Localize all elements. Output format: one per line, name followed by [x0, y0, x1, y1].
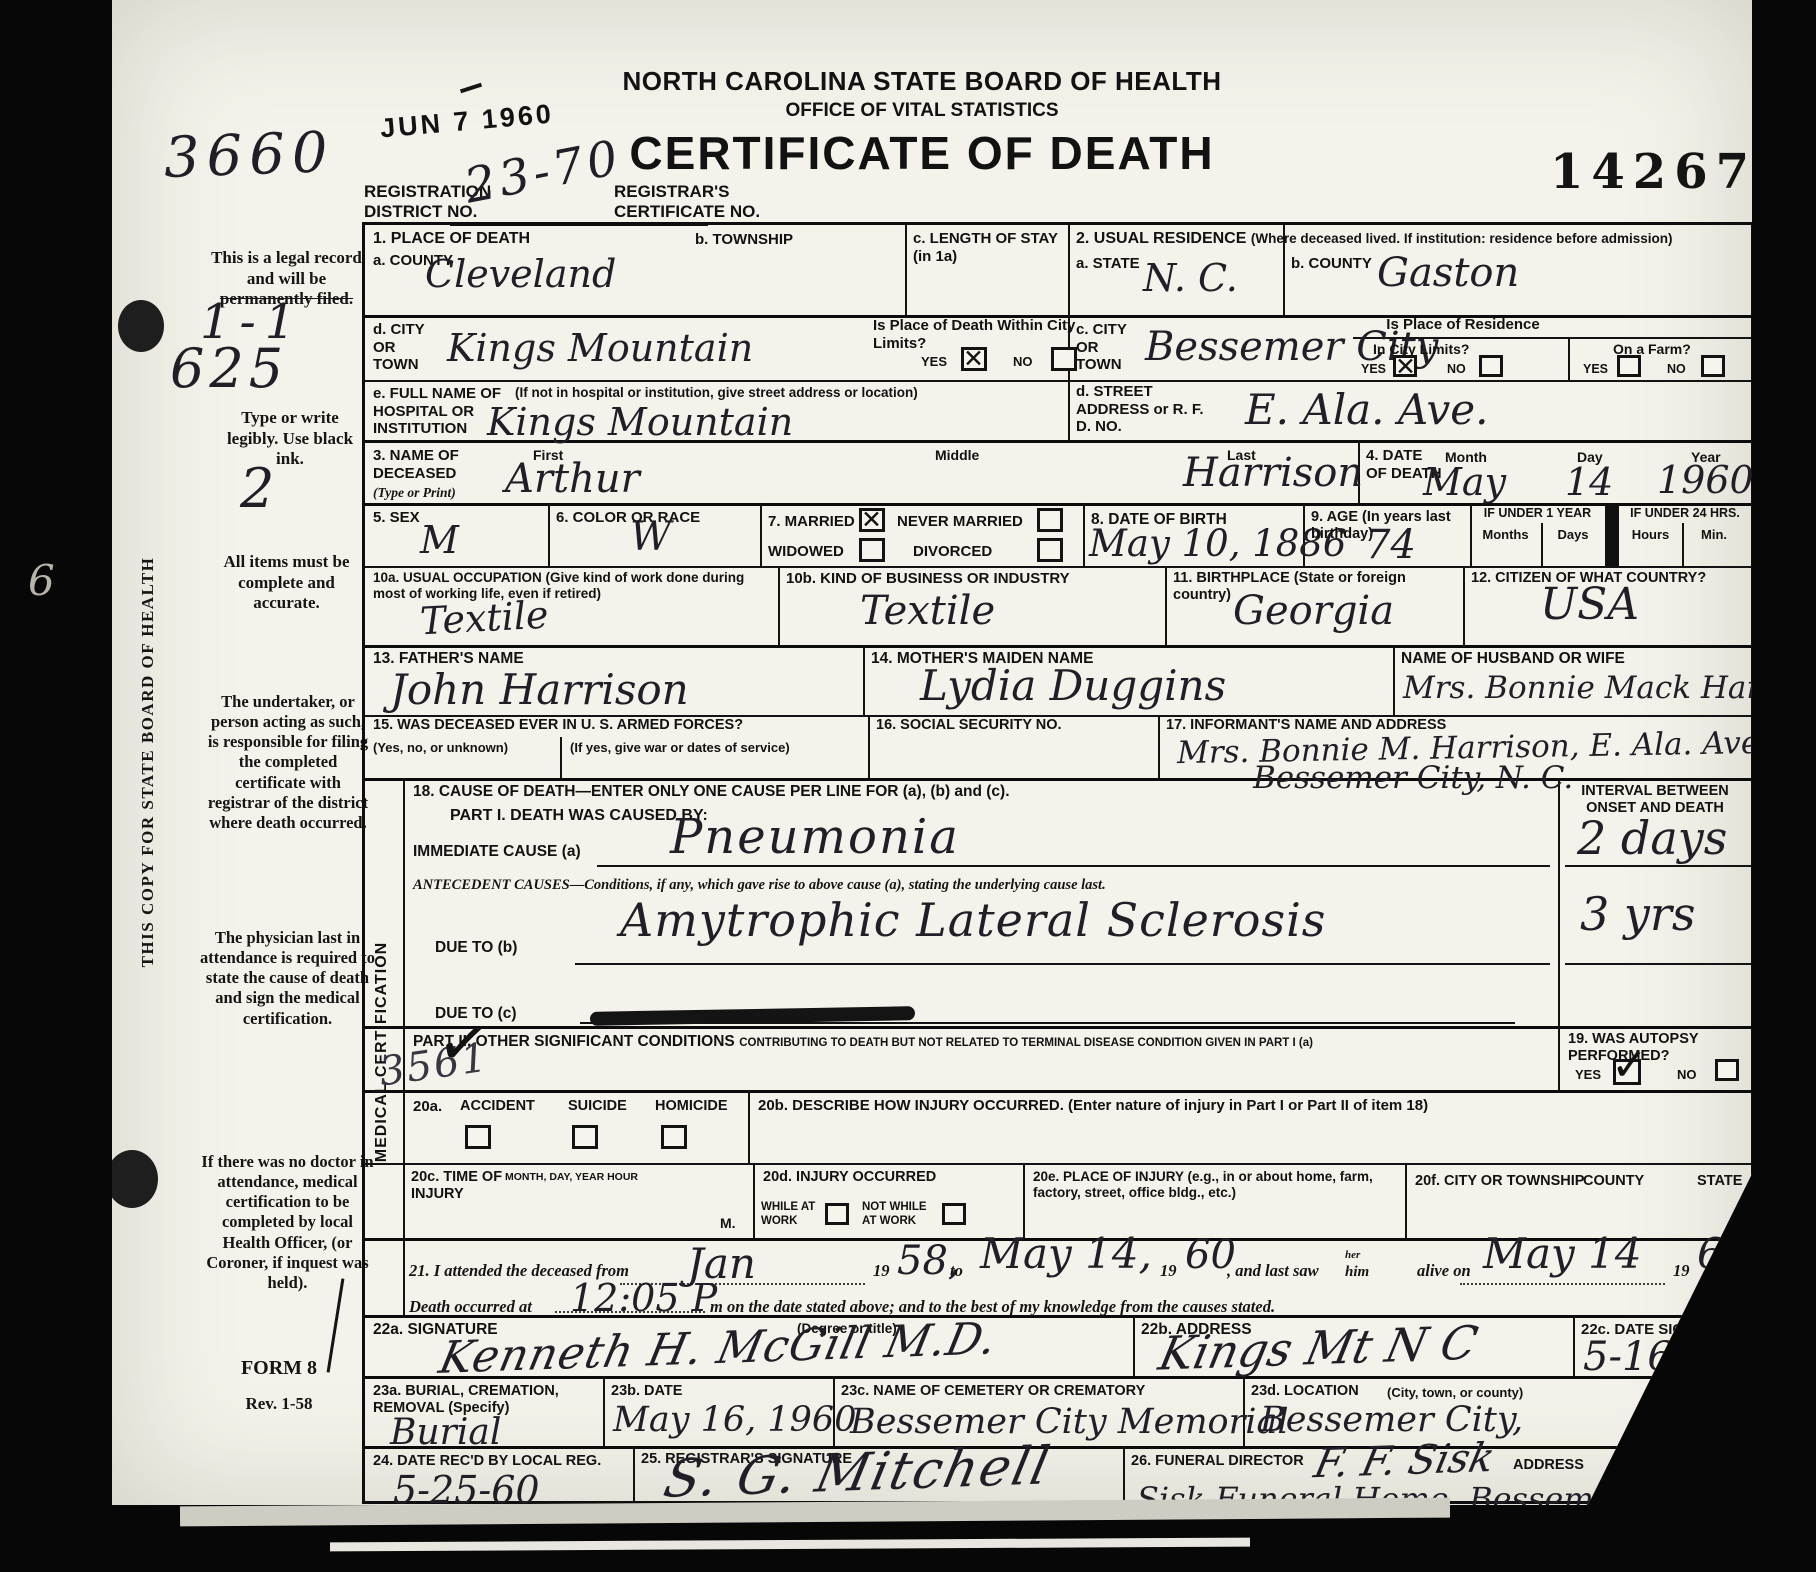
under-1-year-header: IF UNDER 1 YEAR — [1472, 506, 1603, 521]
burial-location-value: Bessemer City, — [1260, 1403, 1523, 1438]
page-title: CERTIFICATE OF DEATH — [532, 126, 1312, 180]
field-2d-label: d. STREET ADDRESS or R. F. D. NO. — [1076, 383, 1218, 436]
grid-line — [365, 1026, 1751, 1029]
field-2-title-paren: (Where deceased lived. If institution: r… — [1251, 231, 1673, 246]
margin-handwritten-625: 625 — [170, 342, 288, 396]
form-number: FORM 8 — [204, 1356, 354, 1380]
field-20c-sub: MONTH, DAY, YEAR HOUR — [505, 1171, 685, 1183]
received-date-stamp: JUN 7 1960 — [379, 98, 555, 145]
due-to-b-interval: 3 yrs — [1580, 891, 1695, 937]
grid-line — [748, 1090, 750, 1163]
burial-date-value: May 16, 1960 — [613, 1403, 856, 1438]
field-16-label: 16. SOCIAL SECURITY NO. — [876, 717, 1062, 734]
immediate-cause-value: Pneumonia — [670, 813, 960, 861]
field-20c-label: 20c. TIME OF INJURY — [411, 1169, 503, 1203]
homicide-checkbox — [661, 1125, 687, 1149]
grid-line — [633, 1446, 635, 1501]
death-year-value: 1960 — [1657, 461, 1754, 499]
physician-signature: Kenneth H. McGill M.D. — [435, 1317, 1001, 1381]
scanned-death-certificate: 6 3660 This is a legal record and will b… — [0, 0, 1816, 1572]
field-5-label: 5. SEX — [373, 509, 420, 527]
while-at-work-checkbox — [825, 1203, 849, 1225]
field-21-p2: to — [950, 1261, 963, 1281]
grid-line — [365, 1446, 1751, 1449]
residence-city-no-label: NO — [1447, 362, 1466, 377]
birth-date-value: May 10, 1886 — [1089, 525, 1346, 562]
margin-note-no-doctor: If there was no doctor in attendance, me… — [200, 1152, 375, 1293]
race-value: W — [630, 517, 671, 557]
death-city-limits-yes-label: YES — [921, 354, 947, 369]
grid-line — [603, 1376, 605, 1446]
stray-pen-mark: 6 — [28, 560, 55, 602]
field-21-her: her — [1345, 1249, 1360, 1262]
grid-line — [365, 1163, 1751, 1165]
field-21-19c: 19 — [1673, 1261, 1690, 1281]
margin-note-items: All items must be complete and accurate. — [204, 552, 369, 614]
death-city-limits-no-checkbox — [1051, 347, 1077, 371]
due-to-b-label: DUE TO (b) — [435, 939, 517, 957]
street-address-value: E. Ala. Ave. — [1245, 389, 1488, 431]
field-2b-label: b. COUNTY — [1291, 255, 1372, 273]
grid-line — [778, 566, 780, 645]
blank-line — [1565, 865, 1751, 867]
field-20b-label: 20b. DESCRIBE HOW INJURY OCCURRED. (Ente… — [758, 1097, 1718, 1115]
autopsy-no-checkbox — [1715, 1059, 1739, 1081]
grid-line — [868, 715, 870, 778]
certificate-paper: 3660 This is a legal record and will be … — [112, 0, 1752, 1505]
field-3-label: 3. NAME OF DECEASED — [373, 447, 491, 482]
residence-city-yes-label: YES — [1361, 362, 1386, 377]
middle-name-header: Middle — [935, 447, 979, 464]
grid-line — [905, 225, 907, 315]
field-2-title: 2. USUAL RESIDENCE (Where deceased lived… — [1076, 230, 1748, 249]
industry-value: Textile — [860, 591, 995, 631]
widowed-checkbox — [859, 538, 885, 562]
never-married-label: NEVER MARRIED — [897, 513, 1023, 531]
blank-line — [597, 865, 1550, 867]
while-at-work-label: WHILE AT WORK — [761, 1201, 823, 1228]
blank-line — [1565, 963, 1751, 965]
grid-line — [365, 1090, 1751, 1093]
grid-line — [753, 1163, 755, 1238]
grid-line — [1405, 1163, 1407, 1238]
grid-line — [1605, 503, 1619, 566]
immediate-cause-interval: 2 days — [1577, 815, 1727, 861]
grid-line — [1463, 566, 1465, 645]
residence-county-value: Gaston — [1377, 253, 1519, 293]
grid-line — [1133, 1315, 1135, 1376]
field-10a-label: 10a. USUAL OCCUPATION (Give kind of work… — [373, 570, 773, 602]
margin-handwritten-2: 2 — [240, 462, 274, 516]
field-20e-label: 20e. PLACE OF INJURY (e.g., in or about … — [1033, 1169, 1395, 1201]
first-name-value: Arthur — [505, 459, 640, 499]
immediate-cause-label: IMMEDIATE CAUSE (a) — [413, 843, 581, 861]
field-20f-label: 20f. CITY OR TOWNSHIP — [1415, 1173, 1584, 1190]
hospital-name-value: Kings Mountain — [487, 403, 793, 441]
not-while-at-work-label: NOT WHILE AT WORK — [862, 1201, 936, 1228]
due-to-b-value: Amytrophic Lateral Sclerosis — [620, 897, 1326, 943]
date-signed-value: 5-16-60 — [1583, 1337, 1737, 1377]
funeral-director-value: F. F. Sisk — [1311, 1438, 1498, 1485]
grid-line — [1568, 337, 1570, 380]
mother-name-value: Lydia Duggins — [920, 665, 1226, 707]
field-21-p5: Death occurred at — [409, 1297, 532, 1317]
county-of-death-value: Cleveland — [425, 255, 616, 293]
certificate-form: 1. PLACE OF DEATH a. COUNTY Cleveland b.… — [362, 222, 1754, 1504]
field-21-him: him — [1345, 1263, 1369, 1281]
farm-no-checkbox — [1701, 355, 1725, 377]
grid-line — [760, 503, 762, 566]
funeral-address-label: ADDRESS — [1513, 1457, 1584, 1474]
underlying-sheet-edge — [330, 1538, 1250, 1552]
blank-line — [1460, 1283, 1665, 1285]
hours-header: Hours — [1621, 527, 1680, 542]
part2-label: PART II. OTHER SIGNIFICANT CONDITIONS CO… — [413, 1033, 1543, 1051]
days-header: Days — [1543, 527, 1603, 542]
field-23b-label: 23b. DATE — [611, 1383, 682, 1400]
field-18-label: 18. CAUSE OF DEATH—ENTER ONLY ONE CAUSE … — [413, 783, 1010, 801]
field-23d-state-paren: (State) — [1670, 1385, 1710, 1400]
autopsy-no-label: NO — [1677, 1067, 1697, 1082]
divorced-label: DIVORCED — [913, 543, 992, 561]
grid-line — [1123, 1446, 1125, 1501]
field-21-p4: alive on — [1417, 1261, 1471, 1281]
suicide-checkbox — [572, 1125, 598, 1149]
cemetery-value: Bessemer City Memorial — [850, 1405, 1289, 1440]
accident-label: ACCIDENT — [460, 1098, 535, 1115]
field-2a-label: a. STATE — [1076, 255, 1140, 273]
residence-city-no-checkbox — [1479, 355, 1503, 377]
county-header: COUNTY — [1583, 1173, 1644, 1190]
field-6-label: 6. COLOR OR RACE — [556, 509, 700, 527]
informant-line2-value: Bessemer City, N. C. — [1253, 763, 1573, 794]
part2-label-small: CONTRIBUTING TO DEATH BUT NOT RELATED TO… — [739, 1037, 1313, 1049]
residence-state-value: N. C. — [1143, 259, 1238, 297]
suicide-label: SUICIDE — [568, 1098, 627, 1115]
spouse-name-value: Mrs. Bonnie Mack Harrison — [1403, 673, 1816, 704]
burial-state-value: N. C. — [1647, 1393, 1747, 1433]
grid-line — [365, 566, 1751, 568]
checkmark-icon: ✓ — [432, 1004, 495, 1085]
father-name-value: John Harrison — [390, 669, 689, 711]
physician-address-value: Kings Mt N C — [1155, 1319, 1481, 1376]
field-15-paren1: (Yes, no, or unknown) — [373, 740, 553, 755]
field-21-19b: 19 — [1160, 1261, 1177, 1281]
last-seen-value: May 14 — [1483, 1233, 1642, 1275]
margin-vertical-text: THIS COPY FOR STATE BOARD OF HEALTH — [138, 512, 159, 1012]
grid-line — [1393, 645, 1395, 715]
birthplace-value: Georgia — [1233, 591, 1394, 631]
spouse-label: NAME OF HUSBAND OR WIFE — [1401, 650, 1625, 668]
city-of-death-value: Kings Mountain — [447, 329, 753, 367]
death-city-limits-yes-checkbox — [961, 347, 987, 371]
file-number-handwritten: 3660 — [163, 125, 335, 187]
field-23c-label: 23c. NAME OF CEMETERY OR CREMATORY — [841, 1383, 1241, 1400]
min-header: Min. — [1684, 527, 1744, 542]
field-15-paren2: (If yes, give war or dates of service) — [570, 740, 860, 755]
field-20c-m: M. — [720, 1215, 736, 1232]
never-married-checkbox — [1037, 508, 1063, 532]
header-office: OFFICE OF VITAL STATISTICS — [532, 100, 1312, 122]
divorced-checkbox — [1037, 538, 1063, 562]
grid-line — [863, 645, 865, 715]
header-block: NORTH CAROLINA STATE BOARD OF HEALTH OFF… — [532, 66, 1312, 180]
margin-note-physician: The physician last in attendance is requ… — [200, 928, 375, 1029]
header-org: NORTH CAROLINA STATE BOARD OF HEALTH — [532, 66, 1312, 97]
margin-note-undertaker: The undertaker, or person acting as such… — [204, 692, 372, 833]
field-1d-label: d. CITY OR TOWN — [373, 321, 439, 374]
field-2-title-text: 2. USUAL RESIDENCE — [1076, 230, 1246, 247]
blank-line — [575, 963, 1550, 965]
residence-city-yes-checkbox — [1393, 355, 1417, 377]
grid-line — [1165, 566, 1167, 645]
farm-no-label: NO — [1667, 362, 1686, 377]
stamp-mark — [460, 83, 482, 94]
reg-district-value: 23-70 — [461, 133, 626, 210]
age-value: 74 — [1365, 525, 1416, 565]
citizenship-value: USA — [1540, 583, 1639, 627]
last-name-value: Harrison — [1183, 453, 1363, 493]
certificate-number: 14267 — [1550, 144, 1757, 200]
residence-question: Is Place of Residence — [1353, 316, 1573, 334]
field-26-label: 26. FUNERAL DIRECTOR — [1131, 1453, 1304, 1470]
state-header: STATE — [1697, 1173, 1742, 1190]
not-while-at-work-checkbox — [942, 1203, 966, 1225]
reg-district-label-2: DISTRICT NO. — [364, 202, 477, 222]
death-month-value: May — [1423, 463, 1506, 501]
accident-checkbox — [465, 1125, 491, 1149]
death-city-limits-no-label: NO — [1013, 354, 1033, 369]
blank-line — [555, 1311, 705, 1313]
hole-punch — [106, 1150, 158, 1208]
grid-line — [1573, 1315, 1575, 1376]
married-checkbox — [859, 508, 885, 532]
field-2c-label: c. CITY OR TOWN — [1076, 321, 1142, 374]
field-23d-label: 23d. LOCATION — [1251, 1383, 1359, 1400]
grid-line — [548, 503, 550, 566]
autopsy-yes-checkbox — [1613, 1059, 1641, 1085]
residence-in-city-label: In City Limits? — [1373, 341, 1469, 358]
homicide-label: HOMICIDE — [655, 1098, 728, 1115]
field-23d-paren: (City, town, or county) — [1387, 1385, 1523, 1400]
field-1e-paren: (If not in hospital or institution, give… — [515, 385, 955, 401]
death-day-value: 14 — [1565, 463, 1613, 501]
margin-note-legal-a: This is a legal record and will be — [211, 248, 362, 288]
farm-yes-label: YES — [1583, 362, 1608, 377]
sex-value: M — [420, 521, 459, 559]
married-label: 7. MARRIED — [768, 513, 855, 531]
field-10b-label: 10b. KIND OF BUSINESS OR INDUSTRY — [786, 570, 1158, 588]
under-24-hrs-header: IF UNDER 24 HRS. — [1621, 506, 1749, 521]
last-seen-year-value: 60 — [1697, 1233, 1750, 1275]
registrar-cert-label-1: REGISTRAR'S — [614, 182, 730, 202]
registrar-signature: S. G. Mitchell — [660, 1440, 1056, 1506]
grid-line — [365, 380, 1751, 382]
margin-note-type: Type or write legibly. Use black ink. — [214, 408, 366, 470]
field-21-p3: , and last saw — [1227, 1261, 1319, 1281]
grid-line — [1083, 503, 1085, 566]
field-21-19a: 19 — [873, 1261, 890, 1281]
burial-value: Burial — [390, 1415, 501, 1451]
grid-line — [365, 645, 1751, 648]
field-1-title: 1. PLACE OF DEATH — [373, 230, 530, 249]
months-header: Months — [1472, 527, 1539, 542]
field-1b-label: b. TOWNSHIP — [695, 231, 793, 249]
grid-line — [560, 737, 562, 778]
grid-line — [1158, 715, 1160, 778]
occupation-value: Textile — [419, 596, 549, 641]
field-20a-label: 20a. — [413, 1098, 442, 1116]
field-3-paren: (Type or Print) — [373, 485, 456, 501]
grid-line — [1023, 1163, 1025, 1238]
farm-yes-checkbox — [1617, 355, 1641, 377]
field-1c-label: c. LENGTH OF STAY (in 1a) — [913, 230, 1061, 265]
autopsy-yes-label: YES — [1575, 1067, 1601, 1082]
registrar-cert-label-2: CERTIFICATE NO. — [614, 202, 760, 222]
form-revision: Rev. 1-58 — [204, 1394, 354, 1415]
field-15-label: 15. WAS DECEASED EVER IN U. S. ARMED FOR… — [373, 717, 863, 734]
hole-punch — [118, 300, 164, 352]
grid-line — [1558, 778, 1560, 1090]
widowed-label: WIDOWED — [768, 543, 844, 561]
field-20d-label: 20d. INJURY OCCURRED — [763, 1169, 936, 1186]
attended-to-value: May 14, — [980, 1233, 1152, 1275]
